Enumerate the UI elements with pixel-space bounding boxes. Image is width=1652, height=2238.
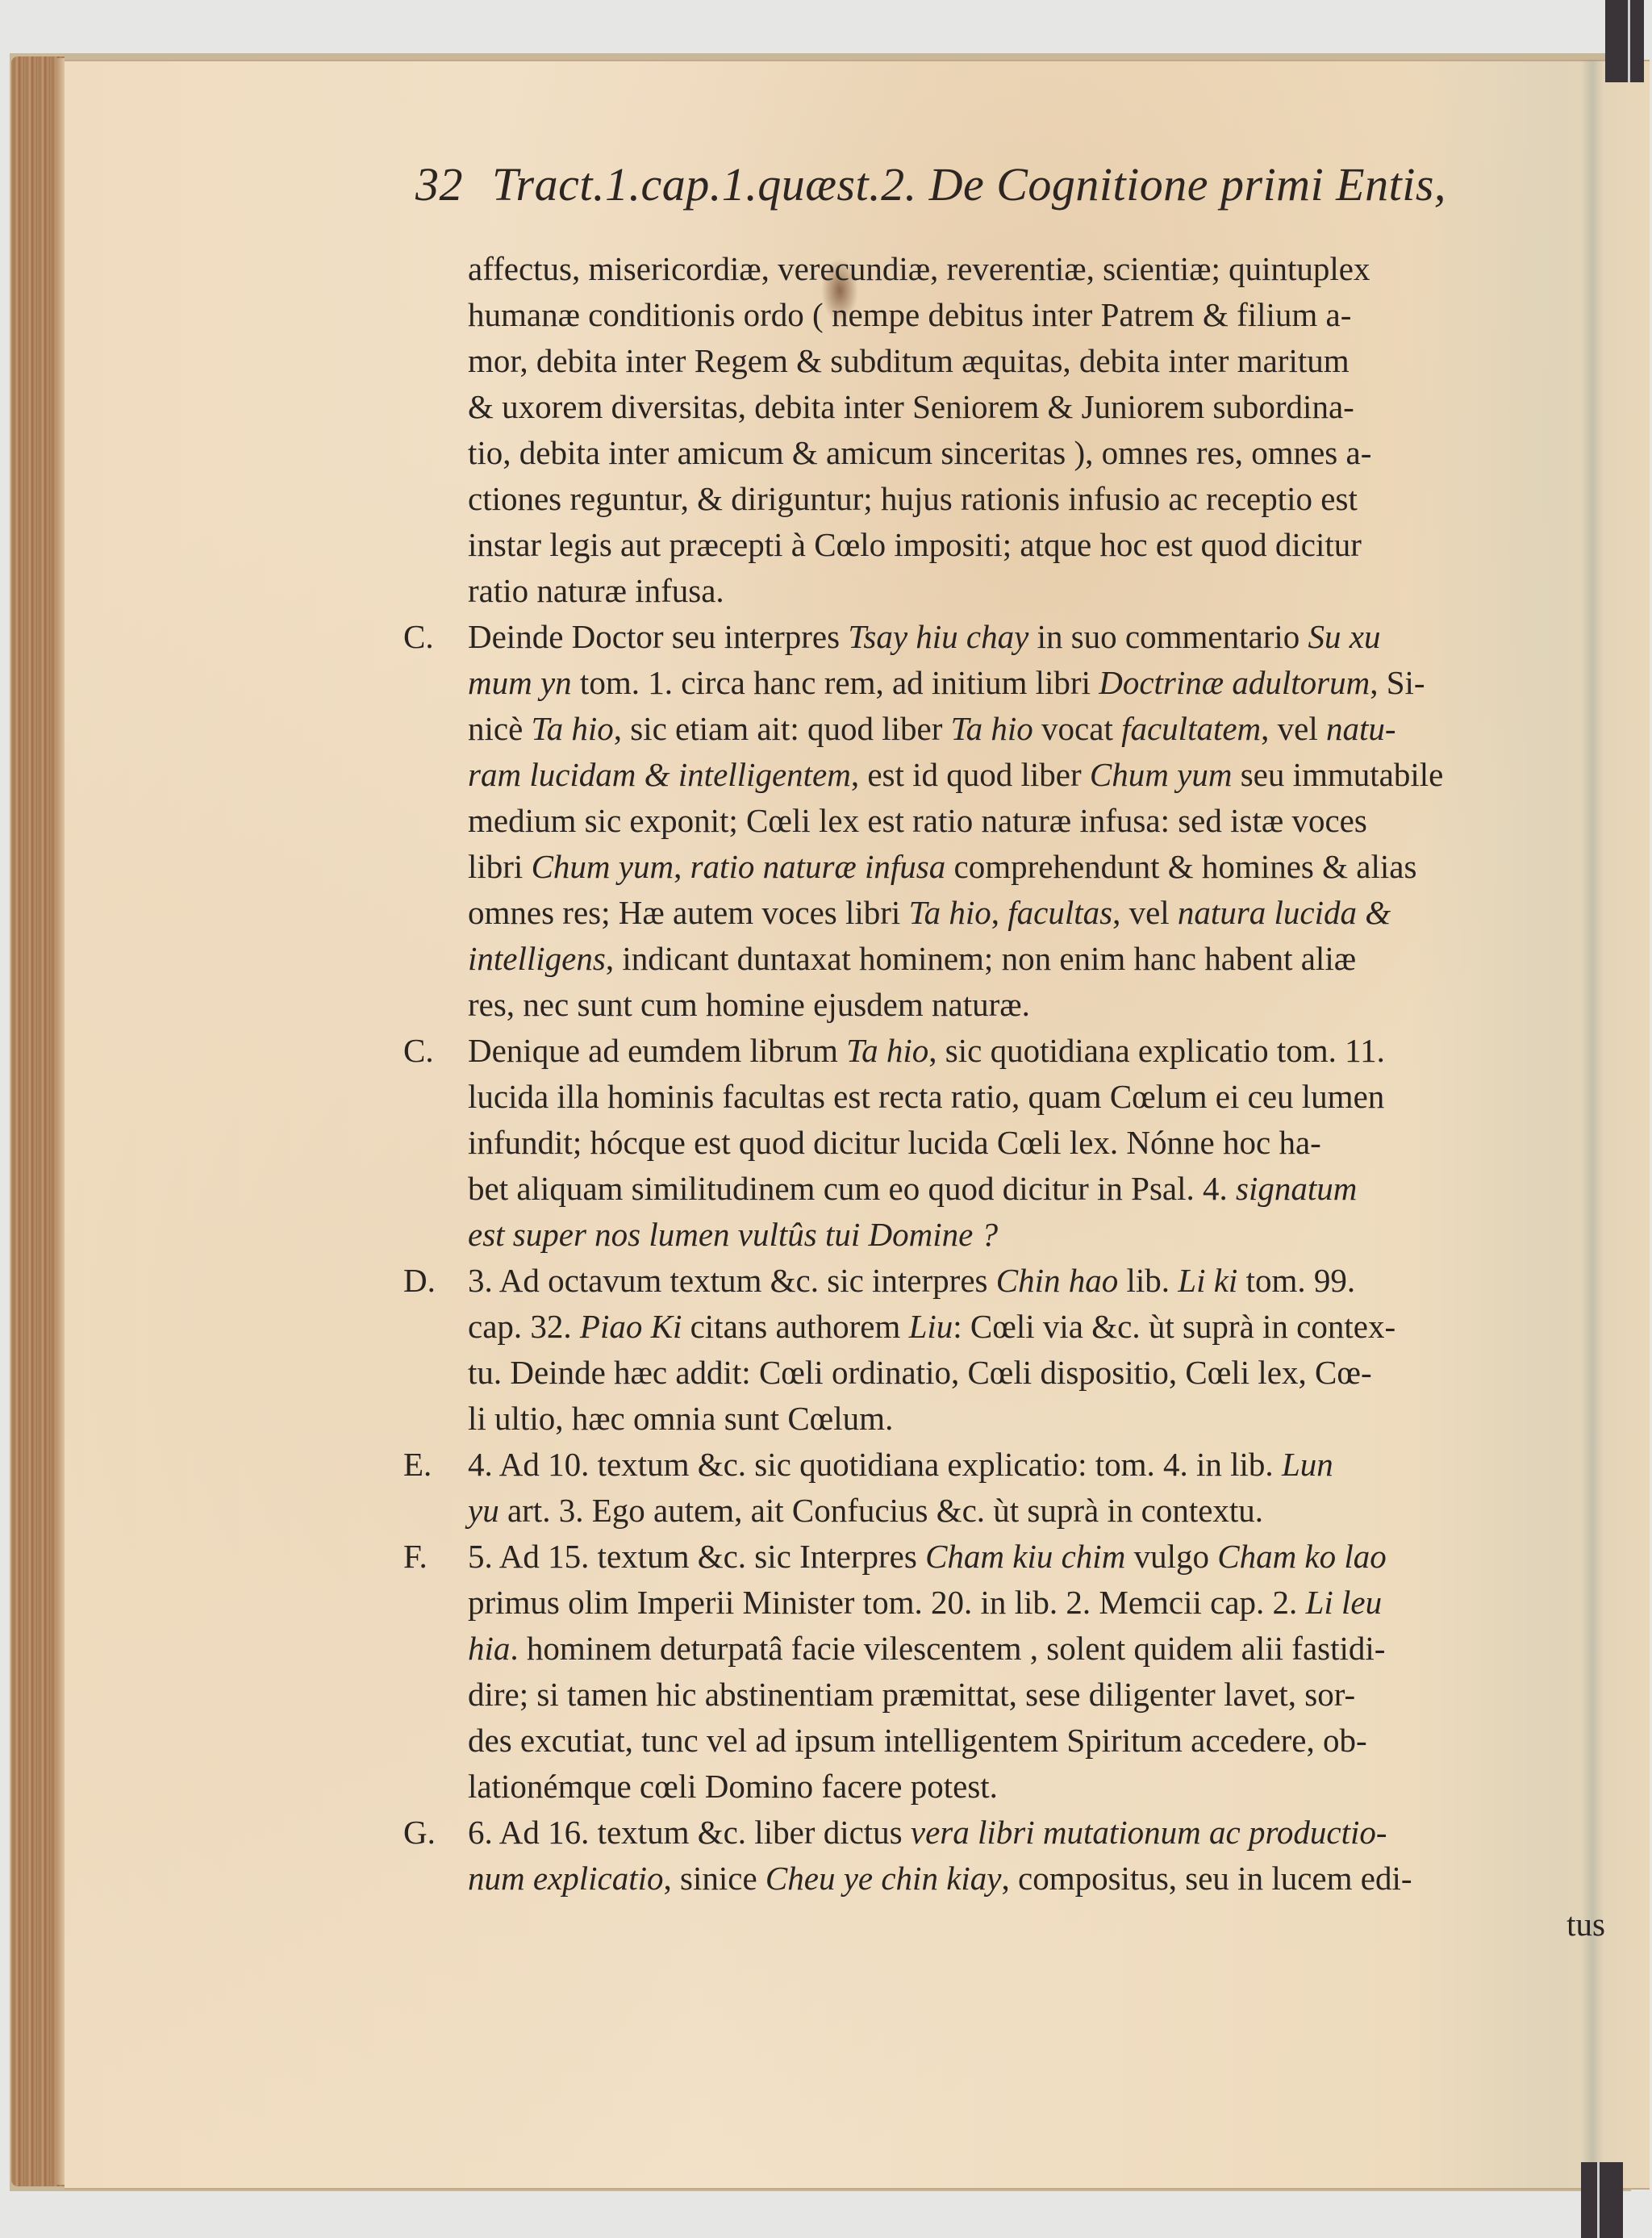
text-line: cap. 32. Piao Ki citans authorem Liu: Cœ… <box>403 1304 1650 1350</box>
italic-segment: Ta hio <box>846 1032 928 1069</box>
margin-letter: G. <box>403 1810 468 1856</box>
text-segment: mor, debita inter Regem & subditum æquit… <box>468 342 1350 379</box>
text-segment: Deinde Doctor seu interpres <box>468 618 848 655</box>
text-segment: ctiones reguntur, & diriguntur; hujus ra… <box>468 480 1358 517</box>
text-line: affectus, misericordiæ, verecundiæ, reve… <box>403 246 1650 292</box>
italic-segment: Su xu <box>1308 618 1381 655</box>
text-segment: , vel <box>1112 894 1178 931</box>
italic-segment: natu- <box>1326 710 1396 747</box>
text-segment: cap. 32. <box>468 1308 580 1345</box>
italic-segment: Doctrinæ adultorum <box>1099 664 1370 701</box>
text-line: & uxorem diversitas, debita inter Senior… <box>403 384 1650 430</box>
italic-segment: Liu <box>909 1308 953 1345</box>
italic-segment: Lun <box>1282 1446 1333 1483</box>
italic-segment: yu <box>468 1492 499 1529</box>
text-segment: , sinice <box>664 1860 766 1897</box>
text-line: num explicatio, sinice Cheu ye chin kiay… <box>403 1856 1650 1902</box>
italic-segment: Chum yum <box>532 848 674 885</box>
text-line: G.6. Ad 16. textum &c. liber dictus vera… <box>403 1810 1650 1856</box>
italic-segment: Ta hio <box>951 710 1033 747</box>
text-segment: libri <box>468 848 532 885</box>
text-segment: 5. Ad 15. textum &c. sic Interpres <box>468 1538 925 1575</box>
text-segment: lucida illa hominis facultas est recta r… <box>468 1078 1384 1115</box>
text-segment: : Cœli via &c. ùt suprà in contex- <box>953 1308 1395 1345</box>
text-segment: des excutiat, tunc vel ad ipsum intellig… <box>468 1722 1367 1759</box>
page-number: 32 <box>415 158 463 211</box>
text-line: humanæ conditionis ordo ( nempe debitus … <box>403 292 1650 338</box>
italic-segment: Li leu <box>1306 1584 1383 1621</box>
text-segment: ratio naturæ infusa. <box>468 572 724 609</box>
italic-segment: hia <box>468 1630 510 1667</box>
catchword: tus <box>403 1902 1650 1948</box>
text-line: li ultio, hæc omnia sunt Cœlum. <box>403 1396 1650 1442</box>
text-line: ratio naturæ infusa. <box>403 568 1650 614</box>
text-segment: affectus, misericordiæ, verecundiæ, reve… <box>468 250 1370 287</box>
text-segment: infundit; hócque est quod dicitur lucida… <box>468 1124 1321 1161</box>
text-segment: , indicant duntaxat hominem; non enim ha… <box>606 940 1356 977</box>
italic-segment: Li ki <box>1178 1262 1237 1299</box>
text-segment: , Si- <box>1370 664 1425 701</box>
italic-segment: Cham kiu chim <box>925 1538 1125 1575</box>
text-line: mum yn tom. 1. circa hanc rem, ad initiu… <box>403 660 1650 706</box>
text-segment: vocat <box>1033 710 1121 747</box>
text-line: libri Chum yum, ratio naturæ infusa comp… <box>403 844 1650 890</box>
text-segment: art. 3. Ego autem, ait Confucius &c. ùt … <box>499 1492 1263 1529</box>
text-line: primus olim Imperii Minister tom. 20. in… <box>403 1580 1650 1626</box>
running-title: Tract.1.cap.1.quæst.2. De Cognitione pri… <box>492 158 1446 211</box>
text-segment: medium sic exponit; Cœli lex est ratio n… <box>468 802 1367 839</box>
text-segment: 6. Ad 16. textum &c. liber dictus <box>468 1814 911 1851</box>
text-segment: bet aliquam similitudinem cum eo quod di… <box>468 1170 1236 1207</box>
text-line: hia. hominem deturpatâ facie vilescentem… <box>403 1626 1650 1672</box>
binding-strip-bottom <box>1581 2162 1623 2238</box>
italic-segment: facultas <box>1007 894 1112 931</box>
text-line: omnes res; Hæ autem voces libri Ta hio, … <box>403 890 1650 936</box>
text-segment: res, nec sunt cum homine ejusdem naturæ. <box>468 986 1030 1023</box>
italic-segment: vera libri mutationum ac productio- <box>911 1814 1387 1851</box>
italic-segment: ratio naturæ infusa <box>690 848 946 885</box>
italic-segment: Cham ko lao <box>1217 1538 1387 1575</box>
text-segment: , est id quod liber <box>851 756 1090 793</box>
italic-segment: mum yn <box>468 664 572 701</box>
text-segment: . hominem deturpatâ facie vilescentem , … <box>510 1630 1385 1667</box>
margin-letter: C. <box>403 1028 468 1074</box>
text-line: nicè Ta hio, sic etiam ait: quod liber T… <box>403 706 1650 752</box>
text-line: E.4. Ad 10. textum &c. sic quotidiana ex… <box>403 1442 1650 1488</box>
italic-segment: signatum <box>1236 1170 1357 1207</box>
text-segment: vulgo <box>1125 1538 1217 1575</box>
italic-segment: facultatem <box>1121 710 1261 747</box>
text-line: intelligens, indicant duntaxat hominem; … <box>403 936 1650 982</box>
italic-segment: Ta hio <box>909 894 991 931</box>
italic-segment: intelligens <box>468 940 606 977</box>
margin-letter: F. <box>403 1534 468 1580</box>
text-line: tu. Deinde hæc addit: Cœli ordinatio, Cœ… <box>403 1350 1650 1396</box>
text-line: F.5. Ad 15. textum &c. sic Interpres Cha… <box>403 1534 1650 1580</box>
text-segment: humanæ conditionis ordo ( nempe debitus … <box>468 296 1351 333</box>
text-line: lucida illa hominis facultas est recta r… <box>403 1074 1650 1120</box>
text-segment: 4. Ad 10. textum &c. sic quotidiana expl… <box>468 1446 1282 1483</box>
text-segment: tom. 1. circa hanc rem, ad initium libri <box>572 664 1099 701</box>
text-segment: , vel <box>1261 710 1326 747</box>
text-line: est super nos lumen vultûs tui Domine ? <box>403 1212 1650 1258</box>
italic-segment: Tsay hiu chay <box>848 618 1028 655</box>
body-text: affectus, misericordiæ, verecundiæ, reve… <box>403 246 1650 1948</box>
text-segment: tom. 99. <box>1237 1262 1355 1299</box>
text-segment: 3. Ad octavum textum &c. sic interpres <box>468 1262 996 1299</box>
text-segment: comprehendunt & homines & alias <box>945 848 1416 885</box>
text-segment: lib. <box>1118 1262 1178 1299</box>
text-line: ram lucidam & intelligentem, est id quod… <box>403 752 1650 798</box>
italic-segment: num explicatio <box>468 1860 664 1897</box>
text-line: C.Denique ad eumdem librum Ta hio, sic q… <box>403 1028 1650 1074</box>
margin-letter: C. <box>403 614 468 660</box>
italic-segment: ram lucidam & intelligentem <box>468 756 851 793</box>
text-segment: instar legis aut præcepti à Cœlo imposit… <box>468 526 1362 563</box>
text-segment: Denique ad eumdem librum <box>468 1032 846 1069</box>
text-segment: lationémque cœli Domino facere potest. <box>468 1768 998 1805</box>
text-segment: , <box>674 848 690 885</box>
margin-letter: E. <box>403 1442 468 1488</box>
text-line: lationémque cœli Domino facere potest. <box>403 1764 1650 1810</box>
text-line: yu art. 3. Ego autem, ait Confucius &c. … <box>403 1488 1650 1534</box>
italic-segment: Piao Ki <box>580 1308 682 1345</box>
text-segment: tu. Deinde hæc addit: Cœli ordinatio, Cœ… <box>468 1354 1372 1391</box>
text-line: medium sic exponit; Cœli lex est ratio n… <box>403 798 1650 844</box>
text-line: res, nec sunt cum homine ejusdem naturæ. <box>403 982 1650 1028</box>
text-line: tio, debita inter amicum & amicum sincer… <box>403 430 1650 476</box>
text-segment: , sic etiam ait: quod liber <box>614 710 951 747</box>
running-head: 32Tract.1.cap.1.quæst.2. De Cognitione p… <box>415 157 1446 211</box>
text-line: mor, debita inter Regem & subditum æquit… <box>403 338 1650 384</box>
margin-letter: D. <box>403 1258 468 1304</box>
binding-strip-top <box>1605 0 1644 82</box>
text-segment: in suo commentario <box>1028 618 1308 655</box>
italic-segment: Cheu ye chin kiay <box>766 1860 1002 1897</box>
text-line: C.Deinde Doctor seu interpres Tsay hiu c… <box>403 614 1650 660</box>
italic-segment: natura lucida & <box>1178 894 1391 931</box>
text-segment: nicè <box>468 710 532 747</box>
italic-segment: est super nos lumen vultûs tui Domine ? <box>468 1216 998 1253</box>
text-line: infundit; hócque est quod dicitur lucida… <box>403 1120 1650 1166</box>
italic-segment: Chum yum <box>1090 756 1233 793</box>
text-line: D.3. Ad octavum textum &c. sic interpres… <box>403 1258 1650 1304</box>
italic-segment: Ta hio <box>532 710 614 747</box>
text-line: instar legis aut præcepti à Cœlo imposit… <box>403 522 1650 568</box>
text-segment: , compositus, seu in lucem edi- <box>1002 1860 1412 1897</box>
text-line: des excutiat, tunc vel ad ipsum intellig… <box>403 1718 1650 1764</box>
text-segment: & uxorem diversitas, debita inter Senior… <box>468 388 1354 425</box>
text-line: bet aliquam similitudinem cum eo quod di… <box>403 1166 1650 1212</box>
text-segment: omnes res; Hæ autem voces libri <box>468 894 909 931</box>
text-segment: tio, debita inter amicum & amicum sincer… <box>468 434 1371 471</box>
italic-segment: Chin hao <box>996 1262 1119 1299</box>
text-segment: dire; si tamen hic abstinentiam præmitta… <box>468 1676 1355 1713</box>
text-segment: citans authorem <box>682 1308 908 1345</box>
text-segment: li ultio, hæc omnia sunt Cœlum. <box>468 1400 893 1437</box>
text-line: dire; si tamen hic abstinentiam præmitta… <box>403 1672 1650 1718</box>
text-line: ctiones reguntur, & diriguntur; hujus ra… <box>403 476 1650 522</box>
text-segment: seu immutabile <box>1232 756 1443 793</box>
text-segment: , <box>991 894 1008 931</box>
text-segment: , sic quotidiana explicatio tom. 11. <box>928 1032 1385 1069</box>
page-edge-inner <box>56 58 65 2185</box>
text-segment: primus olim Imperii Minister tom. 20. in… <box>468 1584 1306 1621</box>
